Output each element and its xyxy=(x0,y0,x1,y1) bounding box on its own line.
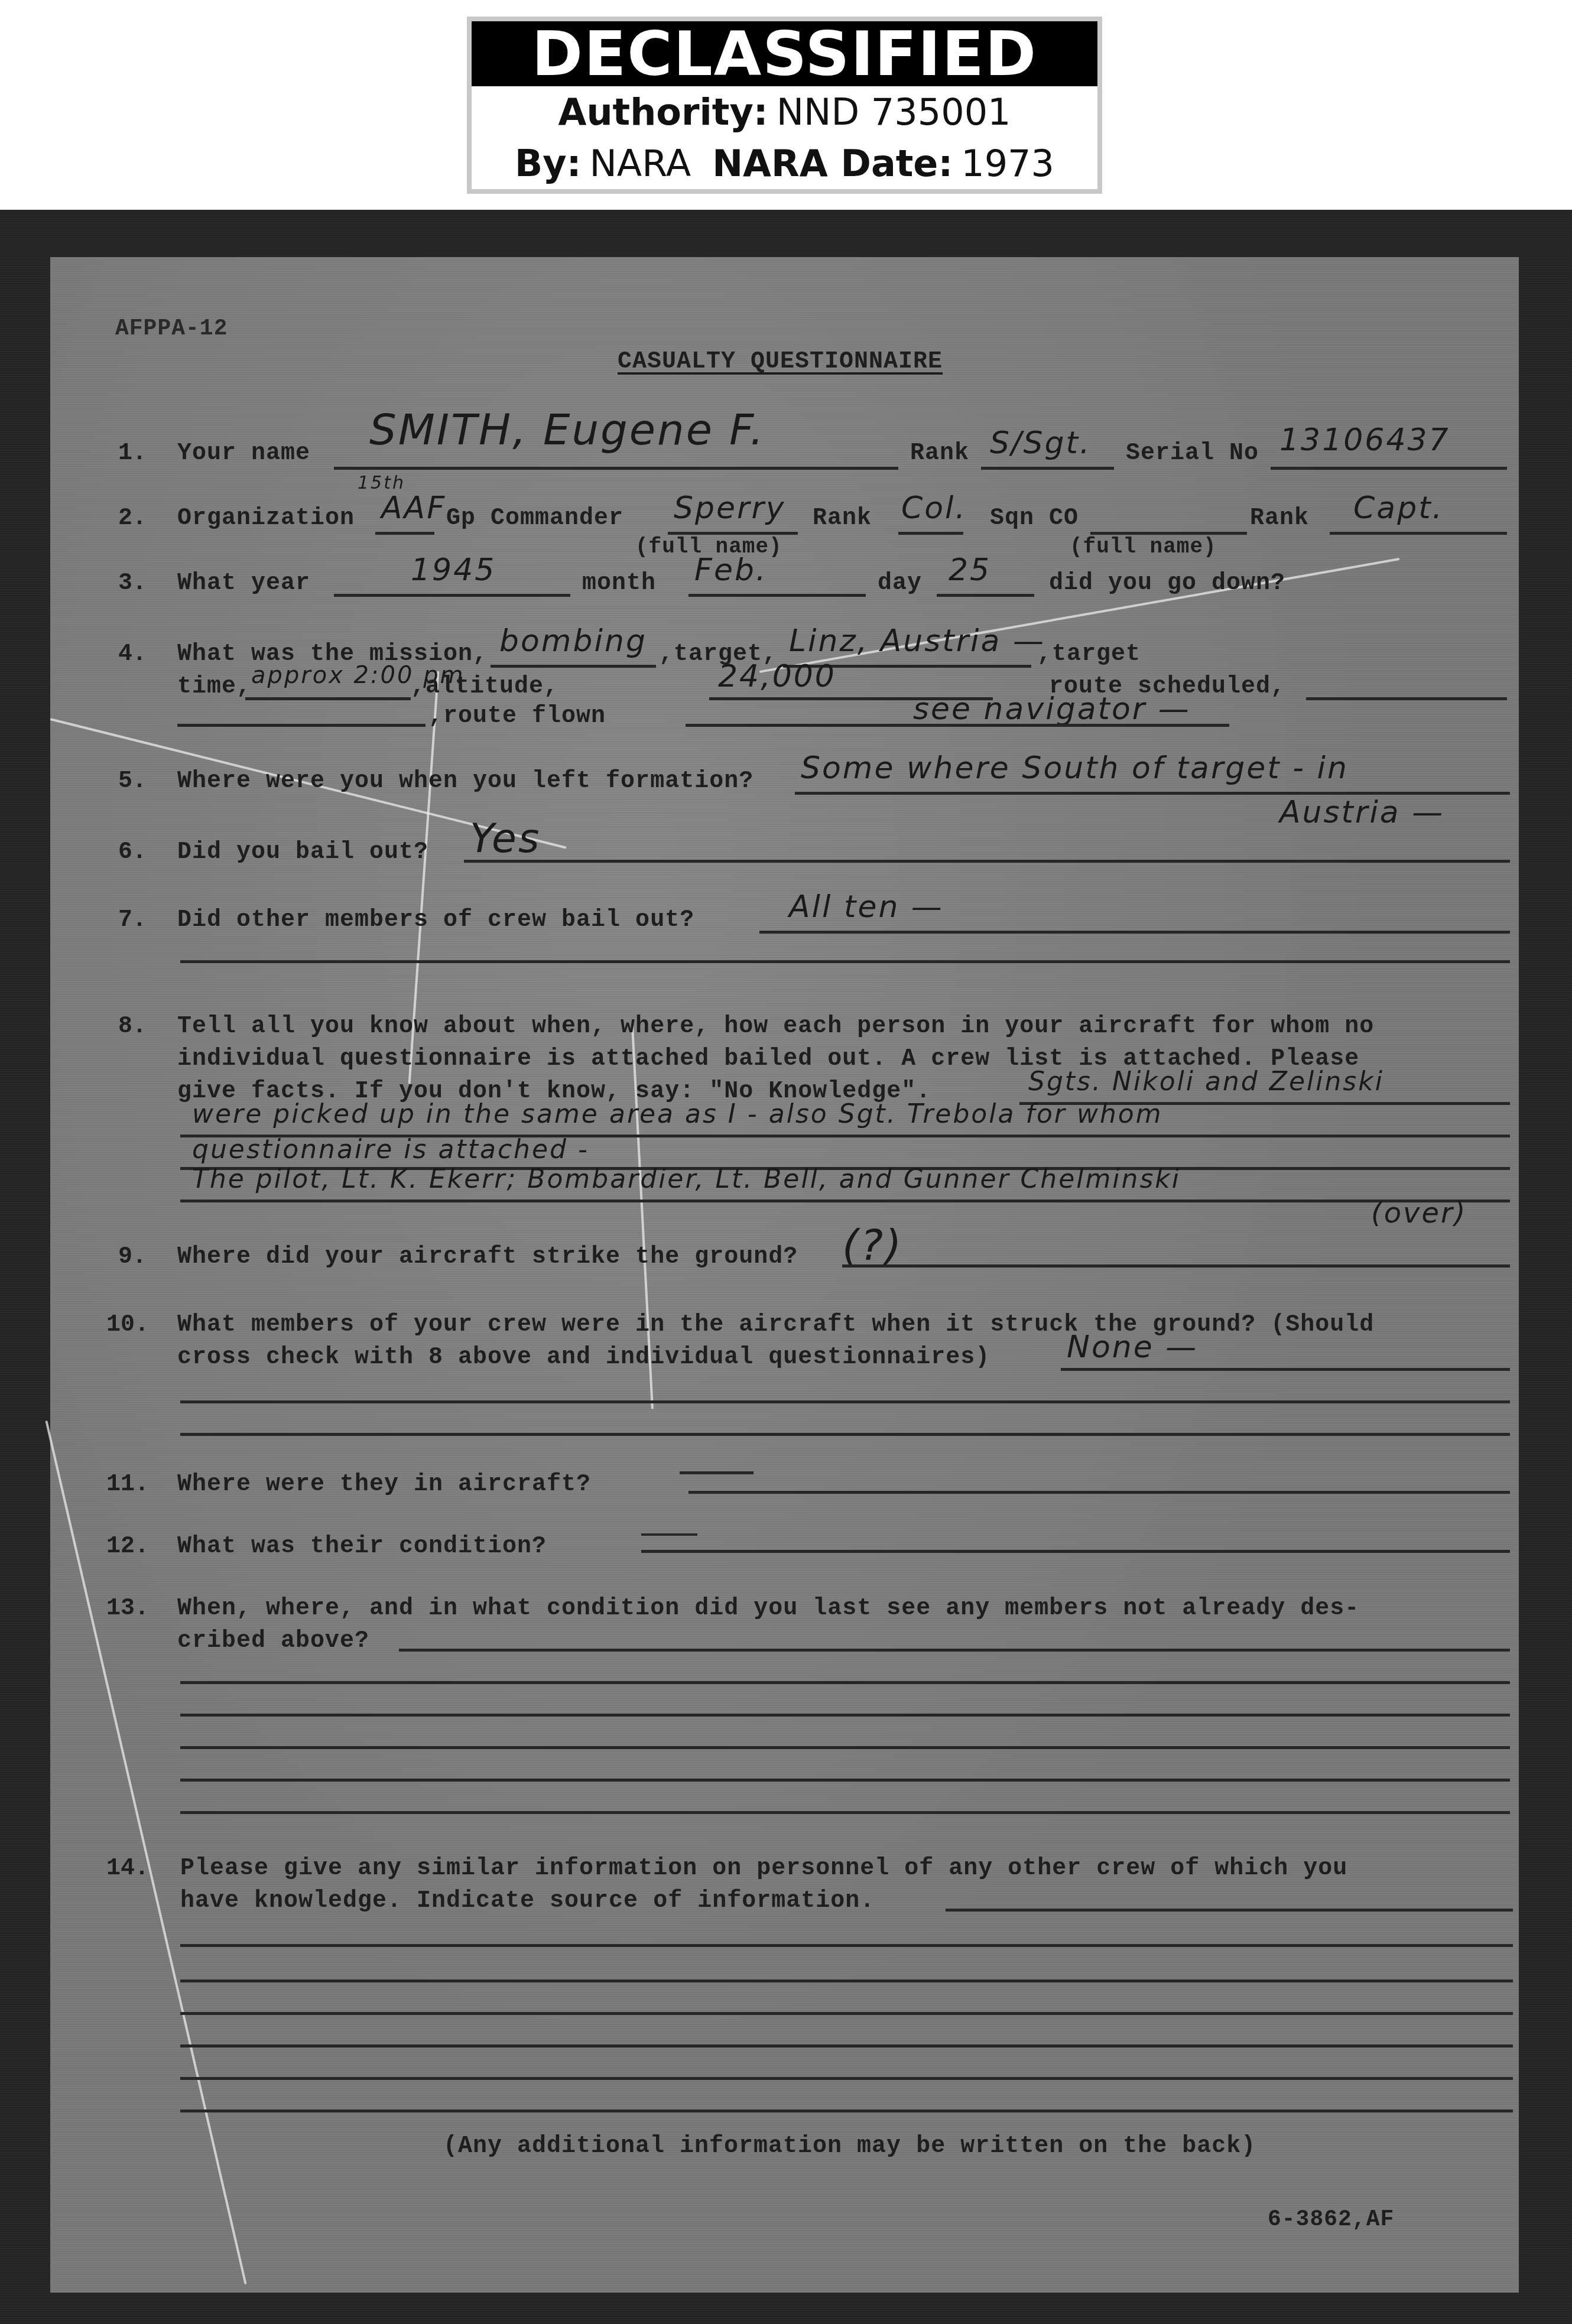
q4-altitude-label: ,altitude, xyxy=(411,674,558,700)
q2-org-value[interactable]: AAF xyxy=(381,490,446,526)
q10-line1 xyxy=(1061,1368,1510,1371)
stamp-title: DECLASSIFIED xyxy=(472,21,1097,86)
q2-label: Organization xyxy=(177,505,355,532)
q14-line1[interactable] xyxy=(946,1909,1513,1912)
q7-value[interactable]: All ten — xyxy=(789,889,944,925)
q14-line4[interactable] xyxy=(180,2012,1513,2015)
q2-gp-value[interactable]: Sperry xyxy=(674,490,786,526)
q6-value[interactable]: Yes xyxy=(470,815,541,862)
q12-number: 12. xyxy=(106,1533,149,1560)
declassified-stamp: DECLASSIFIED Authority: NND 735001 By: N… xyxy=(467,17,1102,194)
q4-route-scheduled-line[interactable] xyxy=(1306,697,1507,700)
q1-serial-line xyxy=(1271,467,1507,470)
q13-line3[interactable] xyxy=(180,1714,1510,1717)
q3-month-label: month xyxy=(582,570,656,597)
q1-rank-label: Rank xyxy=(910,440,969,467)
q1-serial-value[interactable]: 13106437 xyxy=(1279,422,1450,458)
q14-line5[interactable] xyxy=(180,2045,1513,2047)
q13-label-line1: When, where, and in what condition did y… xyxy=(177,1595,1359,1622)
q9-number: 9. xyxy=(118,1244,147,1270)
q3-day-label: day xyxy=(878,570,922,597)
q6-line xyxy=(464,860,1510,863)
q13-number: 13. xyxy=(106,1595,149,1622)
q12-label: What was their condition? xyxy=(177,1533,547,1560)
q6-number: 6. xyxy=(118,839,147,866)
q2-gp-rank-label: Rank xyxy=(813,505,872,532)
q1-rank-value[interactable]: S/Sgt. xyxy=(990,425,1091,461)
q4-mission-value[interactable]: bombing xyxy=(499,623,647,659)
q9-label: Where did your aircraft strike the groun… xyxy=(177,1244,798,1270)
authority-label: Authority: xyxy=(558,90,768,134)
q2-gp-label: Gp Commander xyxy=(446,505,623,532)
q13-line5[interactable] xyxy=(180,1779,1510,1782)
q12-value-dash xyxy=(641,1533,697,1536)
q4-target-value[interactable]: Linz, Austria — xyxy=(789,623,1045,659)
q3-month-value[interactable]: Feb. xyxy=(694,552,767,588)
q2-sqn-rank-value[interactable]: Capt. xyxy=(1353,490,1444,526)
q11-label: Where were they in aircraft? xyxy=(177,1471,591,1498)
by-label: By: xyxy=(515,142,581,185)
questionnaire-page: AFPPA-12 CASUALTY QUESTIONNAIRE 1. Your … xyxy=(50,257,1519,2293)
q10-label-line2: cross check with 8 above and individual … xyxy=(177,1344,990,1371)
q3-day-value[interactable]: 25 xyxy=(949,552,991,588)
scan-frame: AFPPA-12 CASUALTY QUESTIONNAIRE 1. Your … xyxy=(0,210,1572,2324)
q2-sqn-rank-label: Rank xyxy=(1250,505,1309,532)
q2-gp-rank-value[interactable]: Col. xyxy=(901,490,967,526)
q7-line xyxy=(759,931,1510,934)
q1-name-line xyxy=(334,467,898,470)
q1-serial-label: Serial No xyxy=(1126,440,1259,467)
q14-line7[interactable] xyxy=(180,2110,1513,2112)
q3-suffix: did you go down? xyxy=(1049,570,1285,597)
q2-sqn-hint: (full name) xyxy=(1070,535,1217,559)
q4-route-flown-value[interactable]: see navigator — xyxy=(913,691,1191,727)
q14-line2[interactable] xyxy=(180,1944,1513,1947)
q8-answer-line3[interactable]: questionnaire is attached - xyxy=(192,1135,589,1165)
q10-number: 10. xyxy=(106,1312,149,1338)
q14-number: 14. xyxy=(106,1855,149,1882)
q3-label: What year xyxy=(177,570,310,597)
back-page-note: (Any additional information may be writt… xyxy=(443,2133,1256,2160)
date-value: 1973 xyxy=(961,142,1054,185)
q5-value-line1[interactable]: Some where South of target - in xyxy=(801,750,1349,786)
q13-line4[interactable] xyxy=(180,1746,1510,1749)
q2-number: 2. xyxy=(118,505,147,532)
q1-label: Your name xyxy=(177,440,310,467)
stamp-by-date: By: NARA NARA Date: 1973 xyxy=(472,138,1097,189)
q4-route-flown-line xyxy=(686,724,1229,727)
q6-label: Did you bail out? xyxy=(177,839,428,866)
q4-altitude-value[interactable]: 24,000 xyxy=(718,659,836,694)
q2-sqn-label: Sqn CO xyxy=(990,505,1079,532)
document-title: CASUALTY QUESTIONNAIRE xyxy=(618,349,943,375)
q5-number: 5. xyxy=(118,768,147,795)
q3-day-line xyxy=(937,594,1034,597)
q3-year-value[interactable]: 1945 xyxy=(411,552,496,588)
q8-answer-over: (over) xyxy=(1371,1197,1467,1230)
q7-label: Did other members of crew bail out? xyxy=(177,907,694,934)
stamp-authority: Authority: NND 735001 xyxy=(472,86,1097,138)
q14-label-line1: Please give any similar information on p… xyxy=(180,1855,1347,1882)
q2-gp-rank-line xyxy=(898,532,963,535)
q10-line2[interactable] xyxy=(180,1400,1510,1403)
date-label: NARA Date: xyxy=(712,142,953,185)
q4-target-time-label: ,target xyxy=(1037,641,1141,668)
q8-answer-line4[interactable]: The pilot, Lt. K. Ekerr; Bombardier, Lt.… xyxy=(192,1164,1181,1194)
q8-answer-line1[interactable]: Sgts. Nikoli and Zelinski xyxy=(1028,1067,1384,1097)
q8-answer-line2[interactable]: were picked up in the same area as I - a… xyxy=(192,1099,1163,1129)
q7-extra-line[interactable] xyxy=(180,960,1510,963)
q1-number: 1. xyxy=(118,440,147,467)
q3-number: 3. xyxy=(118,570,147,597)
q11-line[interactable] xyxy=(688,1491,1510,1494)
q13-line6[interactable] xyxy=(180,1811,1510,1814)
q4-route-flown-label: ,route flown xyxy=(428,703,606,730)
q4-number: 4. xyxy=(118,641,147,668)
by-value: NARA xyxy=(589,142,691,185)
q8-line4 xyxy=(180,1200,1510,1202)
q13-line1[interactable] xyxy=(399,1649,1510,1652)
q10-value[interactable]: None — xyxy=(1067,1330,1198,1365)
q3-month-line xyxy=(688,594,866,597)
q10-line3[interactable] xyxy=(180,1433,1510,1436)
q4-route-flown-prefix-line xyxy=(177,724,426,727)
q1-rank-line xyxy=(981,467,1114,470)
form-code: AFPPA-12 xyxy=(115,316,228,342)
q5-value-line2[interactable]: Austria — xyxy=(1279,795,1444,830)
q9-value[interactable]: (?) xyxy=(842,1220,903,1270)
q14-label-line2: have knowledge. Indicate source of infor… xyxy=(180,1888,875,1915)
q13-line2[interactable] xyxy=(180,1681,1510,1684)
q11-value-dash xyxy=(680,1471,753,1474)
q13-label-line2: cribed above? xyxy=(177,1628,369,1655)
q5-label: Where were you when you left formation? xyxy=(177,768,753,795)
q1-name-value[interactable]: SMITH, Eugene F. xyxy=(369,405,765,454)
q4-time-line xyxy=(245,697,411,700)
q11-number: 11. xyxy=(106,1471,149,1498)
form-id: 6-3862,AF xyxy=(1268,2207,1394,2232)
q8-number: 8. xyxy=(118,1013,147,1040)
authority-value: NND 735001 xyxy=(777,90,1011,134)
q9-line xyxy=(842,1265,1510,1267)
q14-line3[interactable] xyxy=(180,1980,1513,1982)
q14-line6[interactable] xyxy=(180,2077,1513,2080)
q2-org-line xyxy=(375,532,434,535)
q3-year-line xyxy=(334,594,570,597)
q4-time-label: time, xyxy=(177,674,251,700)
q4-mission-line xyxy=(491,665,656,668)
q12-line[interactable] xyxy=(641,1550,1510,1553)
q2-sqn-rank-line xyxy=(1330,532,1507,535)
q8-label-line1: Tell all you know about when, where, how… xyxy=(177,1013,1374,1040)
q7-number: 7. xyxy=(118,907,147,934)
